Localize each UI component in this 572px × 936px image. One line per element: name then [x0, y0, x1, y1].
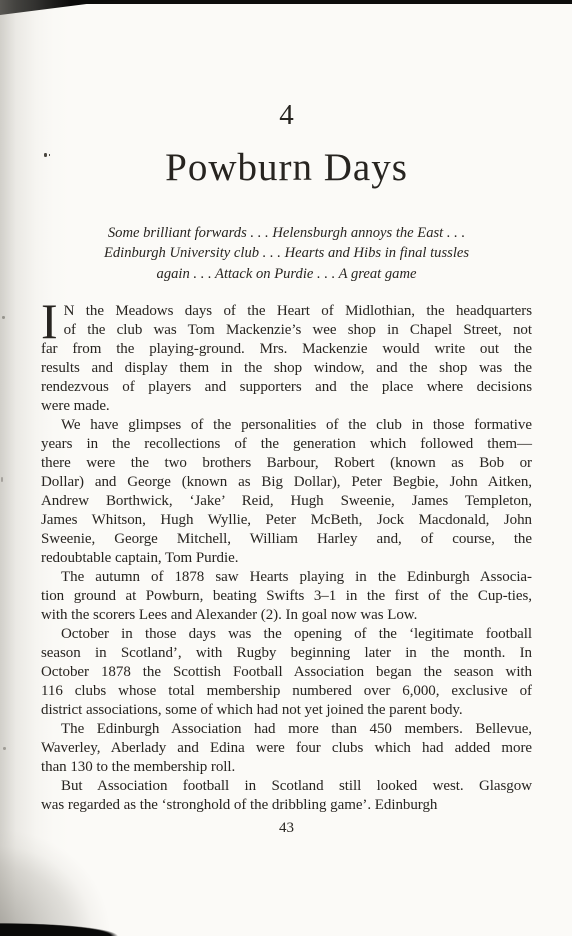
paragraph: The autumn of 1878 saw Hearts playing in…: [41, 568, 532, 625]
page-content: 4 Powburn Days Some brilliant forwards .…: [41, 0, 532, 836]
paragraph: IN the Meadows days of the Heart of Midl…: [41, 302, 532, 416]
body-line: N the Meadows days of the Heart of Midlo…: [41, 302, 532, 321]
drop-cap: I: [41, 304, 58, 339]
body-line: tion ground at Powburn, beating Swifts 3…: [41, 587, 532, 606]
body-line: rendezvous of players and supporters and…: [41, 378, 532, 397]
body-line: district associations, some of which had…: [41, 701, 532, 720]
book-page-scan: 4 Powburn Days Some brilliant forwards .…: [0, 0, 572, 936]
chapter-epigraph: Some brilliant forwards . . . Helensburg…: [41, 223, 532, 284]
edge-speck: [1, 477, 3, 482]
body-line: years in the recollections of the genera…: [41, 435, 532, 454]
body-line: Sweenie, George Mitchell, William Harley…: [41, 530, 532, 549]
chapter-title: Powburn Days: [41, 143, 532, 192]
body-line: Andrew Borthwick, ‘Jake’ Reid, Hugh Swee…: [41, 492, 532, 511]
chapter-number: 4: [41, 96, 532, 134]
page-number: 43: [41, 820, 532, 836]
body-line: redoubtable captain, Tom Purdie.: [41, 549, 532, 568]
paragraph: The Edinburgh Association had more than …: [41, 720, 532, 777]
epigraph-line: again . . . Attack on Purdie . . . A gre…: [41, 264, 532, 284]
body-line: there were the two brothers Barbour, Rob…: [41, 454, 532, 473]
body-line: Dollar) and George (known as Big Dollar)…: [41, 473, 532, 492]
body-line: season in Scotland’, with Rugby beginnin…: [41, 644, 532, 663]
body-line: was regarded as the ‘stronghold of the d…: [41, 796, 532, 815]
body-line: of the club was Tom Mackenzie’s wee shop…: [41, 321, 532, 340]
body-line: October in those days was the opening of…: [41, 625, 532, 644]
body-line: The Edinburgh Association had more than …: [41, 720, 532, 739]
body-line: October 1878 the Scottish Football Assoc…: [41, 663, 532, 682]
scanner-bed-corner-sliver: [0, 914, 135, 936]
body-line: James Whitson, Hugh Wyllie, Peter McBeth…: [41, 511, 532, 530]
body-line: far from the playing-ground. Mrs. Macken…: [41, 340, 532, 359]
epigraph-line: Edinburgh University club . . . Hearts a…: [41, 243, 532, 263]
edge-speck: [3, 747, 6, 750]
paragraph: October in those days was the opening of…: [41, 625, 532, 720]
edge-speck: [2, 316, 5, 319]
paragraph: But Association football in Scotland sti…: [41, 777, 532, 815]
body-line: The autumn of 1878 saw Hearts playing in…: [41, 568, 532, 587]
epigraph-line: Some brilliant forwards . . . Helensburg…: [41, 223, 532, 243]
body-line: Waverley, Aberlady and Edina were four c…: [41, 739, 532, 758]
body-line: results and display them in the shop win…: [41, 359, 532, 378]
body-line: But Association football in Scotland sti…: [41, 777, 532, 796]
body-line: were made.: [41, 397, 532, 416]
body-line: than 130 to the membership roll.: [41, 758, 532, 777]
body-text: IN the Meadows days of the Heart of Midl…: [41, 302, 532, 815]
paragraph: We have glimpses of the personalities of…: [41, 416, 532, 568]
body-line: We have glimpses of the personalities of…: [41, 416, 532, 435]
body-line: 116 clubs whose total membership numbere…: [41, 682, 532, 701]
body-line: with the scorers Lees and Alexander (2).…: [41, 606, 532, 625]
